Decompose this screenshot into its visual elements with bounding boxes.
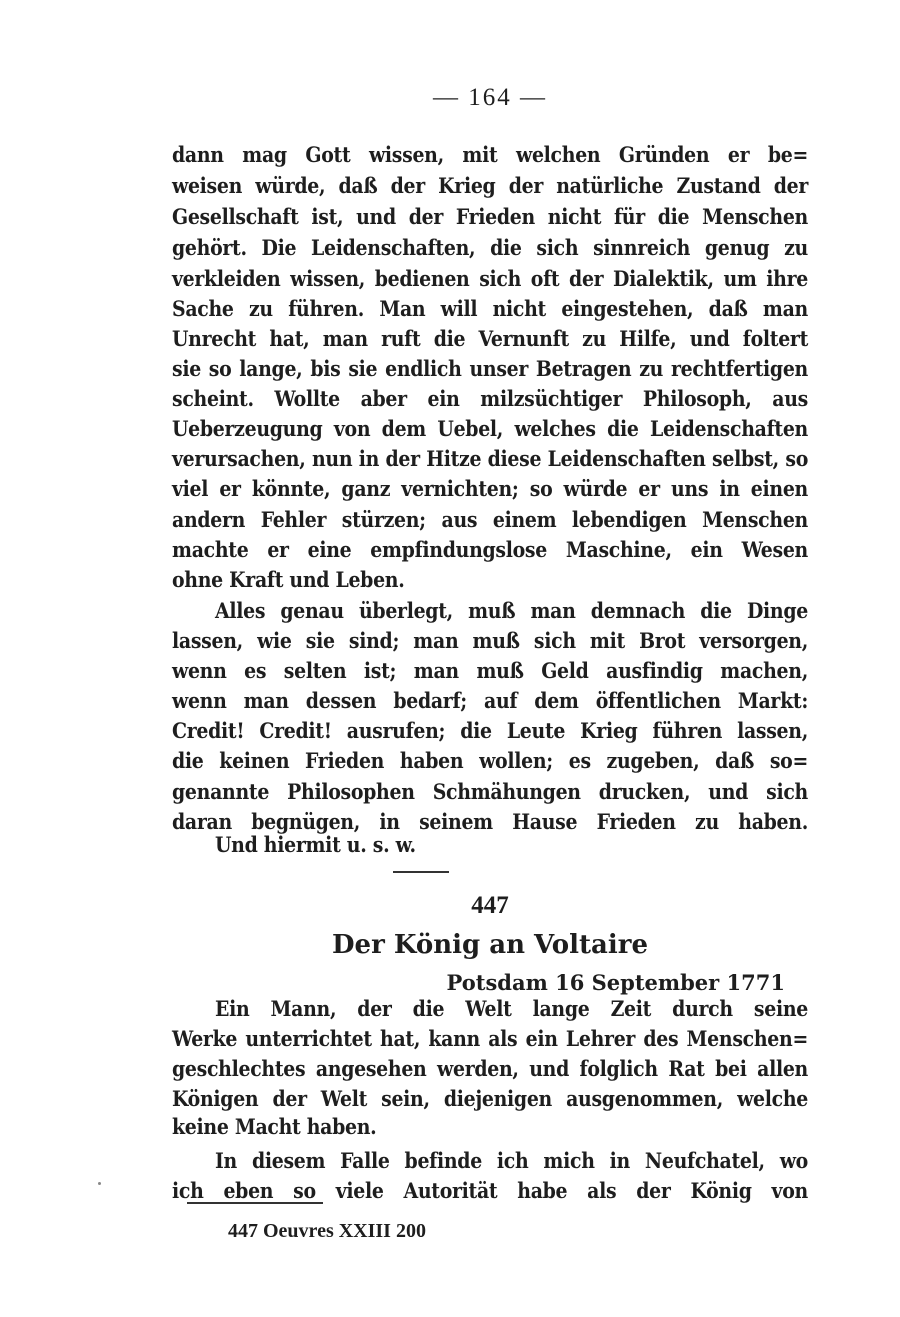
dateline: Potsdam 16 September 1771 (447, 970, 785, 995)
text-line: wenn man dessen bedarf; auf dem öffentli… (172, 686, 808, 716)
text-line: wenn es selten ist; man muß Geld ausfind… (172, 656, 808, 686)
text-line: Gesellschaft ist, und der Frieden nicht … (172, 202, 808, 232)
text-line: lassen, wie sie sind; man muß sich mit B… (172, 626, 808, 656)
letter-title: Der König an Voltaire (0, 930, 900, 960)
text-line: Werke unterrichtet hat, kann als ein Leh… (172, 1024, 808, 1054)
text-line: dann mag Gott wissen, mit welchen Gründe… (172, 140, 808, 170)
section-divider (393, 871, 449, 873)
closing-line: Und hiermit u. s. w. (215, 830, 808, 860)
footnote-rule (187, 1202, 323, 1204)
text-line: In diesem Falle befinde ich mich in Neuf… (215, 1146, 808, 1176)
text-line: ohne Kraft und Leben. (172, 565, 808, 595)
text-line: machte er eine empfindungslose Maschine,… (172, 535, 808, 565)
footnote: 447 Oeuvres XXIII 200 (228, 1220, 426, 1243)
text-line: verkleiden wissen, bedienen sich oft der… (172, 264, 808, 294)
text-line: weisen würde, daß der Krieg der natürlic… (172, 171, 808, 201)
text-line: Unrecht hat, man ruft die Vernunft zu Hi… (172, 324, 808, 354)
text-line: Alles genau überlegt, muß man demnach di… (215, 596, 808, 626)
text-line: verursachen, nun in der Hitze diese Leid… (172, 444, 808, 474)
text-line: scheint. Wollte aber ein milzsüchtiger P… (172, 384, 808, 414)
text-line: Ein Mann, der die Welt lange Zeit durch … (215, 994, 808, 1024)
page-number: — 164 — (0, 84, 900, 112)
text-line: genannte Philosophen Schmähungen drucken… (172, 777, 808, 807)
text-line: Königen der Welt sein, diejenigen ausgen… (172, 1084, 808, 1114)
letter-number: 447 (0, 892, 900, 920)
text-line: sie so lange, bis sie endlich unser Betr… (172, 354, 808, 384)
text-line: keine Macht haben. (172, 1112, 808, 1142)
text-line: viel er könnte, ganz vernichten; so würd… (172, 474, 808, 504)
text-line: die keinen Frieden haben wollen; es zuge… (172, 746, 808, 776)
text-line: Sache zu führen. Man will nicht eingeste… (172, 294, 808, 324)
text-line: Ueberzeugung von dem Uebel, welches die … (172, 414, 808, 444)
scan-speck (98, 1182, 101, 1185)
text-line: Credit! Credit! ausrufen; die Leute Krie… (172, 716, 808, 746)
text-line: andern Fehler stürzen; aus einem lebendi… (172, 505, 808, 535)
text-line: gehört. Die Leidenschaften, die sich sin… (172, 233, 808, 263)
text-line: geschlechtes angesehen werden, und folgl… (172, 1054, 808, 1084)
